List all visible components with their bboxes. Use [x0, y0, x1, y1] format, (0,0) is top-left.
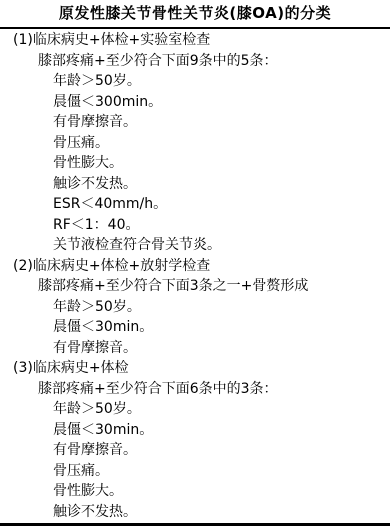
document-title: 原发性膝关节骨性关节炎(膝OA)的分类 — [0, 2, 390, 25]
criterion-item: 骨压痛。 — [0, 133, 390, 154]
criterion-item: 骨性膨大。 — [0, 481, 390, 502]
criterion-item: 晨僵＜300min。 — [0, 92, 390, 113]
criterion-item: 触诊不发热。 — [0, 174, 390, 195]
bottom-border — [0, 523, 390, 526]
section-heading: (1)临床病史+体检+实验室检查 — [0, 30, 390, 51]
criterion-item: 年龄＞50岁。 — [0, 297, 390, 318]
criterion-item: 骨性膨大。 — [0, 153, 390, 174]
criterion-item: 年龄＞50岁。 — [0, 71, 390, 92]
section-condition: 膝部疼痛+至少符合下面3条之一+骨赘形成 — [0, 276, 390, 297]
criterion-item: 晨僵＜30min。 — [0, 420, 390, 441]
criterion-item: 年龄＞50岁。 — [0, 399, 390, 420]
document-header: 原发性膝关节骨性关节炎(膝OA)的分类 — [0, 0, 390, 29]
criterion-item: 关节液检查符合骨关节炎。 — [0, 235, 390, 256]
section-condition: 膝部疼痛+至少符合下面9条中的5条： — [0, 51, 390, 72]
document-page: 原发性膝关节骨性关节炎(膝OA)的分类 (1)临床病史+体检+实验室检查 膝部疼… — [0, 0, 390, 528]
criterion-item: 有骨摩擦音。 — [0, 112, 390, 133]
section-heading: (2)临床病史+体检+放射学检查 — [0, 256, 390, 277]
criterion-item: 晨僵＜30min。 — [0, 317, 390, 338]
criterion-item: ESR＜40mm/h。 — [0, 194, 390, 215]
criterion-item: 有骨摩擦音。 — [0, 338, 390, 359]
criterion-item: 骨压痛。 — [0, 461, 390, 482]
section-condition: 膝部疼痛+至少符合下面6条中的3条： — [0, 379, 390, 400]
section-heading: (3)临床病史+体检 — [0, 358, 390, 379]
criterion-item: 有骨摩擦音。 — [0, 440, 390, 461]
criterion-item: RF＜1：40。 — [0, 215, 390, 236]
document-body: (1)临床病史+体检+实验室检查 膝部疼痛+至少符合下面9条中的5条： 年龄＞5… — [0, 29, 390, 522]
criterion-item: 触诊不发热。 — [0, 502, 390, 523]
